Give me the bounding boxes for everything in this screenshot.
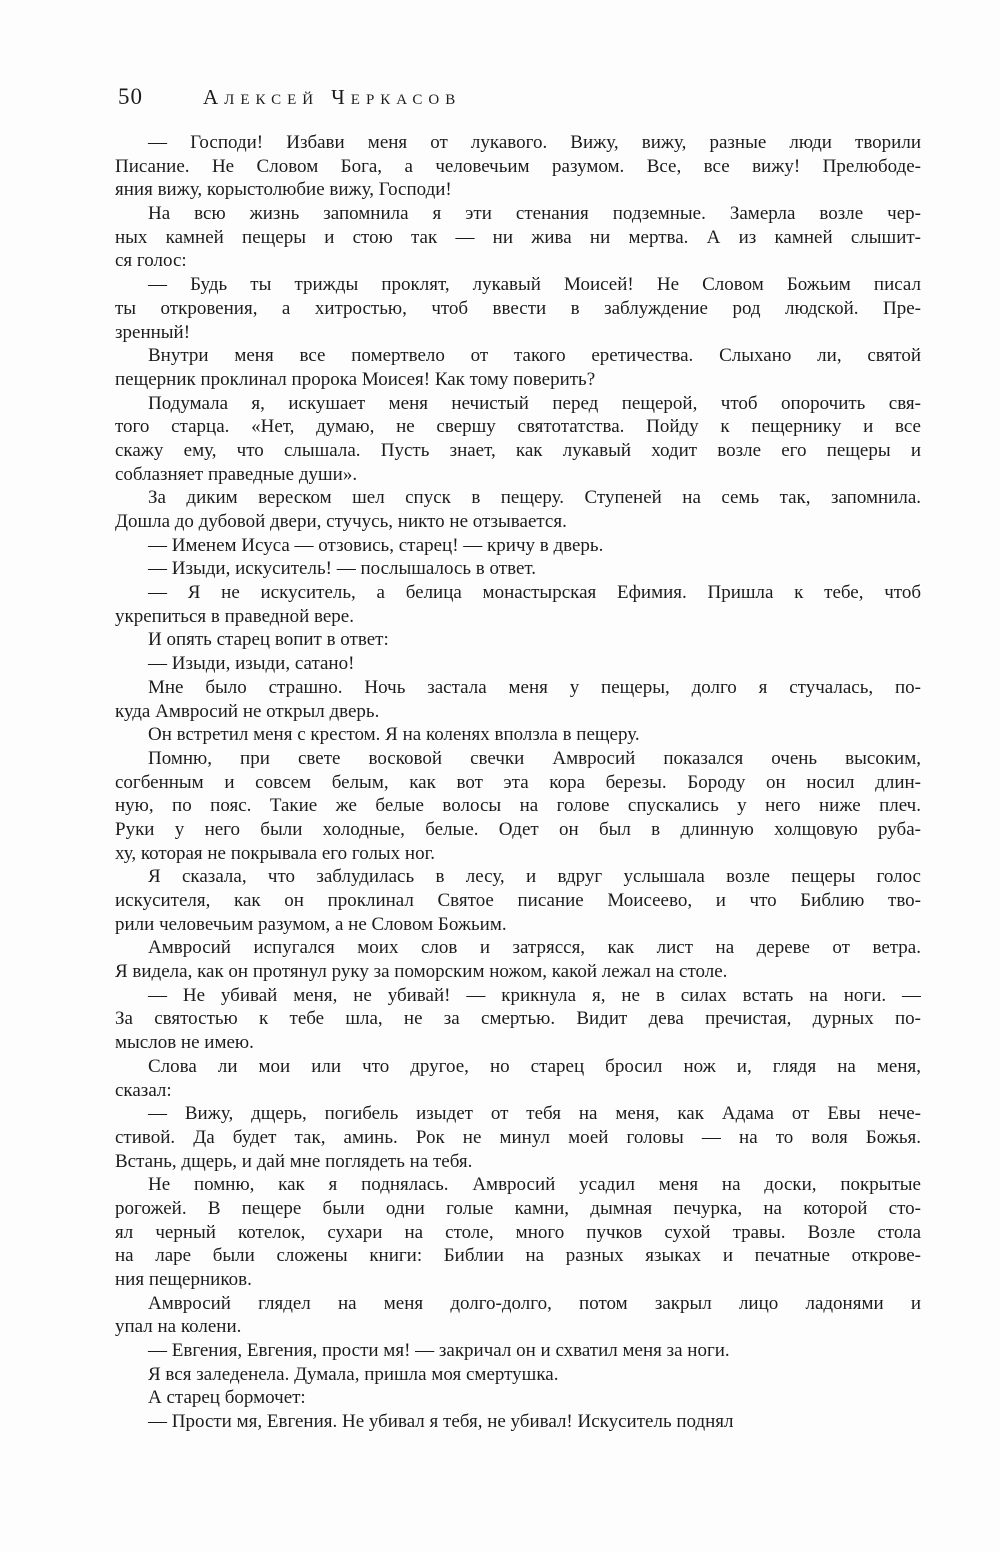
paragraph: — Изыди, искуситель! — послышалось в отв… bbox=[115, 557, 921, 581]
author-header: Алексей Черкасов bbox=[203, 85, 461, 110]
text-line: Амвросий глядел на меня долго-долго, пот… bbox=[115, 1292, 921, 1316]
text-line: куда Амвросий не открыл дверь. bbox=[115, 700, 921, 724]
paragraph: Не помню, как я поднялась. Амвросий усад… bbox=[115, 1173, 921, 1291]
text-line: упал на колени. bbox=[115, 1315, 921, 1339]
text-line: мыслов не имею. bbox=[115, 1031, 921, 1055]
text-line: соблазняет праведные души». bbox=[115, 463, 921, 487]
text-line: — Не убивай меня, не убивай! — крикнула … bbox=[115, 984, 921, 1008]
paragraph: Я сказала, что заблудилась в лесу, и вдр… bbox=[115, 865, 921, 936]
text-line: И опять старец вопит в ответ: bbox=[115, 628, 921, 652]
text-line: — Именем Исуса — отзовись, старец! — кри… bbox=[115, 534, 921, 558]
text-line: А старец бормочет: bbox=[115, 1386, 921, 1410]
author-first-name: Алексей bbox=[203, 85, 319, 110]
paragraph: — Именем Исуса — отзовись, старец! — кри… bbox=[115, 534, 921, 558]
paragraph: Амвросий глядел на меня долго-долго, пот… bbox=[115, 1292, 921, 1339]
paragraph: — Изыди, изыди, сатано! bbox=[115, 652, 921, 676]
text-line: сказал: bbox=[115, 1079, 921, 1103]
text-line: Писание. Не Словом Бога, а человечьим ра… bbox=[115, 155, 921, 179]
text-line: скажу ему, что слышала. Пусть знает, как… bbox=[115, 439, 921, 463]
text-line: на ларе были сложены книги: Библии на ра… bbox=[115, 1244, 921, 1268]
paragraph: Слова ли мои или что другое, но старец б… bbox=[115, 1055, 921, 1102]
text-line: — Прости мя, Евгения. Не убивал я тебя, … bbox=[115, 1410, 921, 1434]
text-line: — Господи! Избави меня от лукавого. Вижу… bbox=[115, 131, 921, 155]
text-line: ную, по пояс. Такие же белые волосы на г… bbox=[115, 794, 921, 818]
text-line: ных камней пещеры и стою так — ни жива н… bbox=[115, 226, 921, 250]
paragraph: — Господи! Избави меня от лукавого. Вижу… bbox=[115, 131, 921, 202]
text-line: зренный! bbox=[115, 321, 921, 345]
text-line: Руки у него были холодные, белые. Одет о… bbox=[115, 818, 921, 842]
text-line: укрепиться в праведной вере. bbox=[115, 605, 921, 629]
text-line: За диким вереском шел спуск в пещеру. Ст… bbox=[115, 486, 921, 510]
text-line: согбенным и совсем белым, как вот эта ко… bbox=[115, 771, 921, 795]
text-line: — Вижу, дщерь, погибель изыдет от тебя н… bbox=[115, 1102, 921, 1126]
text-line: — Будь ты трижды проклят, лукавый Моисей… bbox=[115, 273, 921, 297]
text-line: пещерник проклинал пророка Моисея! Как т… bbox=[115, 368, 921, 392]
paragraph: — Будь ты трижды проклят, лукавый Моисей… bbox=[115, 273, 921, 344]
text-line: — Изыди, изыди, сатано! bbox=[115, 652, 921, 676]
text-line: — Изыди, искуситель! — послышалось в отв… bbox=[115, 557, 921, 581]
paragraph: На всю жизнь запомнила я эти стенания по… bbox=[115, 202, 921, 273]
author-last-name: Черкасов bbox=[331, 85, 461, 110]
text-line: Подумала я, искушает меня нечистый перед… bbox=[115, 392, 921, 416]
text-line: Встань, дщерь, и дай мне поглядеть на те… bbox=[115, 1150, 921, 1174]
paragraph: Я вся заледенела. Думала, пришла моя сме… bbox=[115, 1363, 921, 1387]
text-line: — Я не искуситель, а белица монастырская… bbox=[115, 581, 921, 605]
text-line: — Евгения, Евгения, прости мя! — закрича… bbox=[115, 1339, 921, 1363]
text-line: ся голос: bbox=[115, 249, 921, 273]
book-page: 50 Алексей Черкасов — Господи! Избави ме… bbox=[0, 0, 1000, 1552]
text-line: На всю жизнь запомнила я эти стенания по… bbox=[115, 202, 921, 226]
text-block: — Господи! Избави меня от лукавого. Вижу… bbox=[115, 131, 921, 1434]
paragraph: — Евгения, Евгения, прости мя! — закрича… bbox=[115, 1339, 921, 1363]
text-line: Я видела, как он протянул руку за поморс… bbox=[115, 960, 921, 984]
text-line: Я сказала, что заблудилась в лесу, и вдр… bbox=[115, 865, 921, 889]
text-line: ты откровения, а хитростью, чтоб ввести … bbox=[115, 297, 921, 321]
text-line: Внутри меня все помертвело от такого ере… bbox=[115, 344, 921, 368]
text-line: ху, которая не покрывала его голых ног. bbox=[115, 842, 921, 866]
text-line: Мне было страшно. Ночь застала меня у пе… bbox=[115, 676, 921, 700]
text-line: Я вся заледенела. Думала, пришла моя сме… bbox=[115, 1363, 921, 1387]
page-number: 50 bbox=[118, 84, 143, 110]
text-line: Он встретил меня с крестом. Я на коленях… bbox=[115, 723, 921, 747]
paragraph: А старец бормочет: bbox=[115, 1386, 921, 1410]
paragraph: Внутри меня все помертвело от такого ере… bbox=[115, 344, 921, 391]
paragraph: Амвросий испугался моих слов и затрясся,… bbox=[115, 936, 921, 983]
text-line: Не помню, как я поднялась. Амвросий усад… bbox=[115, 1173, 921, 1197]
paragraph: — Прости мя, Евгения. Не убивал я тебя, … bbox=[115, 1410, 921, 1434]
paragraph: За диким вереском шел спуск в пещеру. Ст… bbox=[115, 486, 921, 533]
paragraph: — Не убивай меня, не убивай! — крикнула … bbox=[115, 984, 921, 1055]
text-line: ния пещерников. bbox=[115, 1268, 921, 1292]
text-line: Дошла до дубовой двери, стучусь, никто н… bbox=[115, 510, 921, 534]
paragraph: Он встретил меня с крестом. Я на коленях… bbox=[115, 723, 921, 747]
text-line: За святостью к тебе шла, не за смертью. … bbox=[115, 1007, 921, 1031]
text-line: искусителя, как он проклинал Святое писа… bbox=[115, 889, 921, 913]
text-line: Помню, при свете восковой свечки Амвроси… bbox=[115, 747, 921, 771]
text-line: ял черный котелок, сухари на столе, мног… bbox=[115, 1221, 921, 1245]
text-line: Слова ли мои или что другое, но старец б… bbox=[115, 1055, 921, 1079]
running-head: 50 Алексей Черкасов bbox=[118, 84, 461, 110]
text-line: стивой. Да будет так, аминь. Рок не мину… bbox=[115, 1126, 921, 1150]
text-line: того старца. «Нет, думаю, не свершу свят… bbox=[115, 415, 921, 439]
paragraph: — Я не искуситель, а белица монастырская… bbox=[115, 581, 921, 628]
paragraph: Мне было страшно. Ночь застала меня у пе… bbox=[115, 676, 921, 723]
paragraph: И опять старец вопит в ответ: bbox=[115, 628, 921, 652]
text-line: рили человечьим разумом, а не Словом Бож… bbox=[115, 913, 921, 937]
text-line: яния вижу, корыстолюбие вижу, Господи! bbox=[115, 178, 921, 202]
paragraph: Подумала я, искушает меня нечистый перед… bbox=[115, 392, 921, 487]
text-line: Амвросий испугался моих слов и затрясся,… bbox=[115, 936, 921, 960]
text-line: рогожей. В пещере были одни голые камни,… bbox=[115, 1197, 921, 1221]
paragraph: — Вижу, дщерь, погибель изыдет от тебя н… bbox=[115, 1102, 921, 1173]
paragraph: Помню, при свете восковой свечки Амвроси… bbox=[115, 747, 921, 865]
